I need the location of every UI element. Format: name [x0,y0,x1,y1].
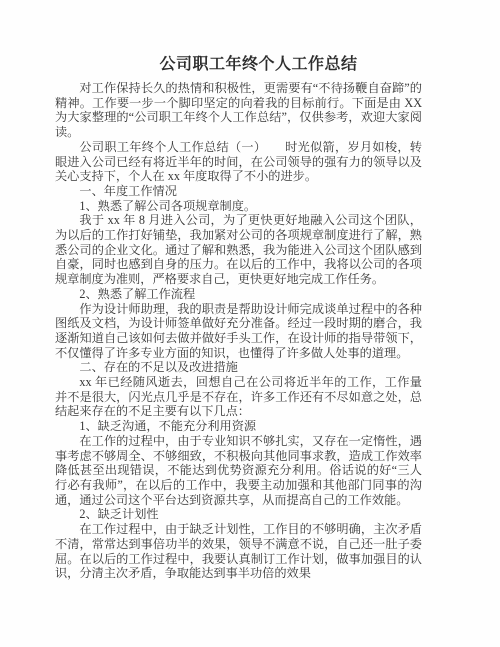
page-title: 公司职工年终个人工作总结 [75,55,442,75]
doc-section-heading: 二、存在的不足以及改进措施 [55,360,422,375]
doc-paragraph: xx 年已经随风逝去，回想自己在公司将近半年的工作，工作量并不是很大，闪光点几乎… [55,375,422,419]
doc-paragraph: 公司职工年终个人工作总结（一） 时光似箭，岁月如梭，转眼进入公司已经有将近半年的… [55,140,422,184]
doc-subsection-heading: 2、熟悉了解工作流程 [55,287,422,302]
doc-subsection-heading: 2、缺乏计划性 [55,507,422,522]
doc-subsection-heading: 1、缺乏沟通，不能充分利用资源 [55,419,422,434]
doc-paragraph: 对工作保持长久的热情和积极性，更需要有“不待扬鞭自奋蹄”的精神。工作要一步一个脚… [55,81,422,140]
doc-paragraph: 在工作过程中，由于缺乏计划性，工作目的不够明确，主次矛盾不清，常常达到事倍功半的… [55,522,422,581]
document-page: 公司职工年终个人工作总结 对工作保持长久的热情和积极性，更需要有“不待扬鞭自奋蹄… [0,0,500,647]
doc-paragraph: 我于 xx 年 8 月进入公司，为了更快更好地融入公司这个团队，为以后的工作打好… [55,213,422,287]
doc-subsection-heading: 1、熟悉了解公司各项规章制度。 [55,199,422,214]
doc-paragraph: 在工作的过程中，由于专业知识不够扎实，又存在一定惰性，遇事考虑不够周全、不够细致… [55,434,422,508]
doc-section-heading: 一、年度工作情况 [55,184,422,199]
doc-paragraph: 作为设计师助理，我的职责是帮助设计师完成谈单过程中的各种图纸及文档，为设计师签单… [55,302,422,361]
